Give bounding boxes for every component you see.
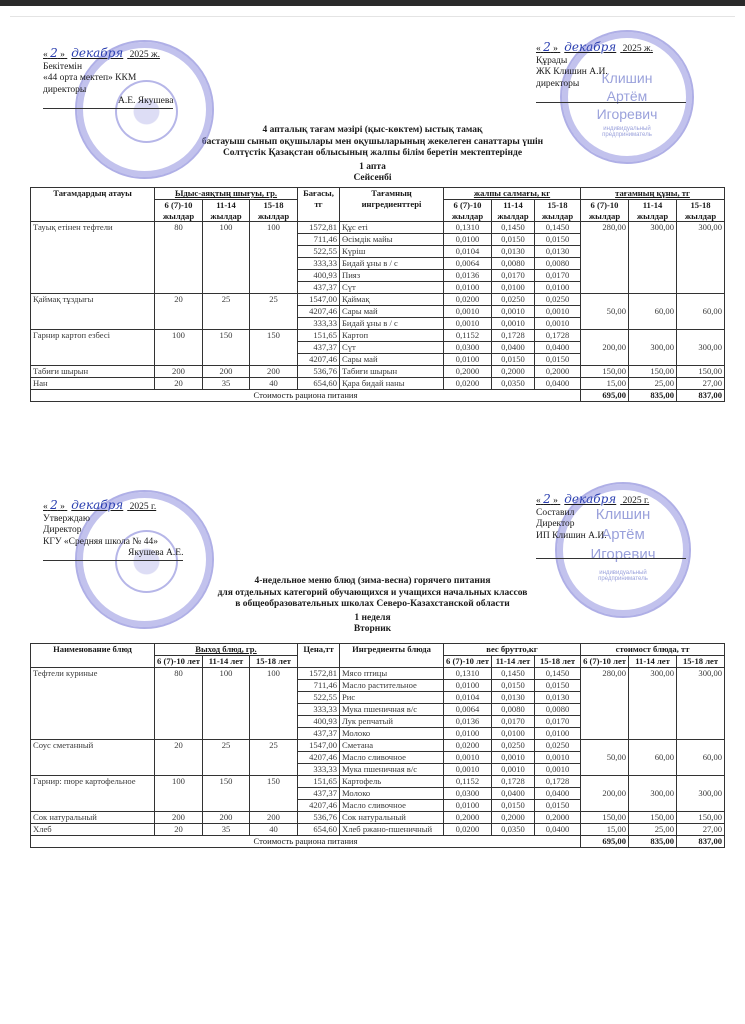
- dish-yield: 200: [155, 366, 203, 378]
- scan-top-border: [0, 0, 745, 6]
- dish-yield: 150: [250, 776, 298, 812]
- ingredient-weight: 0,0170: [492, 270, 535, 282]
- ingredient-price: 654,60: [298, 378, 340, 390]
- col-price: Цена,тт: [298, 644, 340, 668]
- dish-cost: 150,00: [629, 366, 677, 378]
- date-month: декабря: [564, 40, 616, 54]
- ingredient-name: Мука пшеничная в/с: [340, 704, 444, 716]
- ingredient-price: 437,37: [298, 342, 340, 354]
- dish-name: Тефтели куриные: [31, 668, 155, 740]
- table-row: Хлеб203540654,60Хлеб ржано-пшеничный0,02…: [31, 824, 725, 836]
- ingredient-name: Өсімдік майы: [340, 234, 444, 246]
- dish-cost: 300,00: [677, 668, 725, 740]
- day-label: Сейсенбі: [0, 173, 745, 185]
- compiled-block-kz: « 2 » декабря 2025 ж. Құрады ЖК Клишин А…: [536, 42, 686, 103]
- ingredient-weight: 0,0150: [535, 234, 581, 246]
- ingredient-weight: 0,0010: [444, 752, 492, 764]
- ingredient-weight: 0,0200: [444, 294, 492, 306]
- ingredient-weight: 0,0100: [444, 354, 492, 366]
- col-age: 11-14 жылдар: [203, 200, 250, 222]
- compiled-block-ru: « 2 » декабря 2025 г. Составил Директор …: [536, 494, 686, 559]
- ingredient-weight: 0,0010: [535, 752, 581, 764]
- ingredient-name: Сметана: [340, 740, 444, 752]
- ingredient-price: 333,33: [298, 704, 340, 716]
- dish-yield: 35: [203, 378, 250, 390]
- ingredient-name: Масло растительное: [340, 680, 444, 692]
- stamp-text: Игоревич: [562, 106, 692, 122]
- ingredient-price: 333,33: [298, 258, 340, 270]
- signature-line: А.Е. Якушева: [43, 96, 173, 109]
- dish-cost: 300,00: [629, 330, 677, 366]
- total-row: Стоимость рациона питания695,00835,00837…: [31, 390, 725, 402]
- ingredient-weight: 0,1728: [492, 776, 535, 788]
- dish-name: Сок натуральный: [31, 812, 155, 824]
- page-edge: [10, 16, 735, 17]
- ingredient-weight: 0,0400: [535, 342, 581, 354]
- ingredient-name: Сүт: [340, 282, 444, 294]
- ingredient-name: Масло сливочное: [340, 800, 444, 812]
- ingredient-weight: 0,0150: [492, 800, 535, 812]
- ingredient-name: Сок натуральный: [340, 812, 444, 824]
- total-cost: 835,00: [629, 390, 677, 402]
- col-age: 15-18 лет: [250, 656, 298, 668]
- ingredient-weight: 0,1728: [535, 330, 581, 342]
- signature-line: [536, 558, 686, 559]
- total-row: Стоимость рациона питания695,00835,00837…: [31, 836, 725, 848]
- compiled-date: « 2 » декабря 2025 г.: [536, 494, 686, 508]
- dish-yield: 100: [250, 668, 298, 740]
- col-age: 6 (7)-10 лет: [444, 656, 492, 668]
- ingredient-weight: 0,0104: [444, 692, 492, 704]
- ingredient-weight: 0,0250: [535, 294, 581, 306]
- ingredient-weight: 0,2000: [492, 812, 535, 824]
- total-label: Стоимость рациона питания: [31, 390, 581, 402]
- dish-cost: 150,00: [677, 812, 725, 824]
- ingredient-price: 437,37: [298, 282, 340, 294]
- col-age: 6 (7)-10 жылдар: [444, 200, 492, 222]
- dish-cost: 50,00: [581, 740, 629, 776]
- table-row: Қаймақ тұздығы2025251547,00Қаймақ0,02000…: [31, 294, 725, 306]
- ingredient-price: 333,33: [298, 764, 340, 776]
- ingredient-weight: 0,0400: [535, 824, 581, 836]
- dish-cost: 300,00: [629, 222, 677, 294]
- col-age: 6 (7)-10 жылдар: [581, 200, 629, 222]
- ingredient-price: 1547,00: [298, 294, 340, 306]
- dish-cost: 60,00: [629, 740, 677, 776]
- ingredient-price: 711,46: [298, 234, 340, 246]
- ingredient-weight: 0,1728: [535, 776, 581, 788]
- ingredient-name: Табиғи шырын: [340, 366, 444, 378]
- ingredient-name: Молоко: [340, 788, 444, 800]
- dish-yield: 80: [155, 668, 203, 740]
- dish-name: Хлеб: [31, 824, 155, 836]
- col-age: 11-14 лет: [203, 656, 250, 668]
- ingredient-weight: 0,0250: [535, 740, 581, 752]
- date-year: 2025 ж.: [130, 50, 160, 60]
- ingredient-weight: 0,0100: [444, 800, 492, 812]
- col-age: 11-14 лет: [492, 656, 535, 668]
- ingredient-price: 1547,00: [298, 740, 340, 752]
- ingredient-weight: 0,0300: [444, 788, 492, 800]
- col-dish: Тағамдардың атауы: [31, 188, 155, 222]
- dish-cost: 200,00: [581, 776, 629, 812]
- ingredient-price: 4207,46: [298, 752, 340, 764]
- ingredient-weight: 0,0100: [492, 282, 535, 294]
- quote-close: »: [60, 50, 65, 60]
- ingredient-weight: 0,1310: [444, 668, 492, 680]
- ingredient-weight: 0,0130: [535, 246, 581, 258]
- dish-cost: 25,00: [629, 378, 677, 390]
- signer-name: А.Е. Якушева: [118, 96, 173, 106]
- dish-yield: 100: [203, 222, 250, 294]
- col-yield: Ыдыс-аяқтың шығуы, гр.: [155, 188, 298, 200]
- ingredient-name: Бидай ұны в / с: [340, 318, 444, 330]
- dish-cost: 60,00: [677, 294, 725, 330]
- ingredient-weight: 0,2000: [535, 812, 581, 824]
- col-age: 6 (7)-10 лет: [581, 656, 629, 668]
- dish-cost: 300,00: [677, 222, 725, 294]
- col-age: 11-14 лет: [629, 656, 677, 668]
- ingredient-weight: 0,0170: [492, 716, 535, 728]
- ingredient-weight: 0,0150: [535, 354, 581, 366]
- col-age: 6 (7)-10 лет: [155, 656, 203, 668]
- ingredient-weight: 0,0010: [492, 318, 535, 330]
- ingredient-weight: 0,0130: [492, 246, 535, 258]
- col-age: 15-18 лет: [535, 656, 581, 668]
- ingredient-price: 333,33: [298, 318, 340, 330]
- dish-cost: 300,00: [677, 776, 725, 812]
- ingredient-price: 437,37: [298, 728, 340, 740]
- ingredient-weight: 0,0136: [444, 716, 492, 728]
- ingredient-price: 654,60: [298, 824, 340, 836]
- quote-close: »: [60, 502, 65, 512]
- dish-yield: 25: [250, 740, 298, 776]
- ingredient-weight: 0,0400: [535, 378, 581, 390]
- col-age: 11-14 жылдар: [629, 200, 677, 222]
- dish-yield: 200: [203, 366, 250, 378]
- col-age: 15-18 лет: [677, 656, 725, 668]
- date-month: декабря: [71, 498, 123, 512]
- dish-cost: 15,00: [581, 824, 629, 836]
- approval-line: Директор: [43, 525, 183, 537]
- ingredient-weight: 0,0300: [444, 342, 492, 354]
- ingredient-weight: 0,0064: [444, 258, 492, 270]
- ingredient-name: Рис: [340, 692, 444, 704]
- compiled-line: ИП Клишин А.И.: [536, 531, 686, 543]
- dish-yield: 25: [203, 294, 250, 330]
- ingredient-name: Хлеб ржано-пшеничный: [340, 824, 444, 836]
- col-price: Бағасы, тг: [298, 188, 340, 222]
- dish-cost: 27,00: [677, 378, 725, 390]
- ingredient-weight: 0,0080: [535, 704, 581, 716]
- dish-cost: 150,00: [581, 812, 629, 824]
- quote-open: «: [43, 502, 48, 512]
- ingredient-weight: 0,0170: [535, 716, 581, 728]
- ingredient-name: Мука пшеничная в/с: [340, 764, 444, 776]
- ingredient-name: Қара бидай наны: [340, 378, 444, 390]
- approval-line: Утверждаю: [43, 514, 183, 526]
- dish-yield: 35: [203, 824, 250, 836]
- col-age: 6 (7)-10 жылдар: [155, 200, 203, 222]
- ingredient-weight: 0,0100: [535, 282, 581, 294]
- dish-yield: 100: [250, 222, 298, 294]
- ingredient-weight: 0,0010: [444, 306, 492, 318]
- ingredient-price: 536,76: [298, 812, 340, 824]
- approval-block-kz: « 2 » декабря 2025 ж. Бекітемін «44 орта…: [43, 48, 173, 109]
- col-dish: Наименование блюд: [31, 644, 155, 668]
- table-row: Гарнир: пюре картофельное100150150151,65…: [31, 776, 725, 788]
- quote-open: «: [43, 50, 48, 60]
- ingredient-name: Лук репчатый: [340, 716, 444, 728]
- dish-yield: 20: [155, 740, 203, 776]
- dish-yield: 40: [250, 824, 298, 836]
- table-row: Нан203540654,60Қара бидай наны0,02000,03…: [31, 378, 725, 390]
- total-label: Стоимость рациона питания: [31, 836, 581, 848]
- date-day: 2: [543, 40, 551, 54]
- dish-cost: 150,00: [629, 812, 677, 824]
- col-age: 15-18 жылдар: [677, 200, 725, 222]
- dish-cost: 300,00: [629, 668, 677, 740]
- table-row: Сок натуральный200200200536,76Сок натура…: [31, 812, 725, 824]
- dish-yield: 20: [155, 824, 203, 836]
- dish-yield: 150: [250, 330, 298, 366]
- stamp-text: индивидуальный предприниматель: [557, 570, 689, 582]
- ingredient-price: 1572,81: [298, 222, 340, 234]
- ingredient-weight: 0,0130: [535, 692, 581, 704]
- ingredient-name: Картоп: [340, 330, 444, 342]
- date-day: 2: [50, 46, 58, 60]
- ingredient-weight: 0,0100: [444, 680, 492, 692]
- dish-yield: 25: [250, 294, 298, 330]
- ingredient-weight: 0,2000: [444, 812, 492, 824]
- ingredient-price: 400,93: [298, 270, 340, 282]
- ingredient-weight: 0,0100: [492, 728, 535, 740]
- ingredient-name: Сары май: [340, 354, 444, 366]
- col-yield: Выход блюд, гр.: [155, 644, 298, 656]
- ingredient-name: Мясо птицы: [340, 668, 444, 680]
- date-month: декабря: [71, 46, 123, 60]
- ingredient-name: Картофель: [340, 776, 444, 788]
- ingredient-weight: 0,0200: [444, 378, 492, 390]
- compiled-line: ЖК Клишин А.И.: [536, 67, 686, 79]
- ingredient-weight: 0,0400: [492, 342, 535, 354]
- ingredient-weight: 0,0080: [492, 704, 535, 716]
- quote-open: «: [536, 496, 541, 506]
- dish-yield: 200: [250, 812, 298, 824]
- dish-name: Нан: [31, 378, 155, 390]
- ingredient-weight: 0,0010: [492, 306, 535, 318]
- dish-name: Соус сметанный: [31, 740, 155, 776]
- total-cost: 837,00: [677, 390, 725, 402]
- col-weight: жалпы салмағы, кг: [444, 188, 581, 200]
- ingredient-price: 1572,81: [298, 668, 340, 680]
- ingredient-name: Сары май: [340, 306, 444, 318]
- ingredient-weight: 0,1450: [492, 222, 535, 234]
- ingredient-weight: 0,0010: [444, 318, 492, 330]
- ingredient-weight: 0,0250: [492, 294, 535, 306]
- total-cost: 837,00: [677, 836, 725, 848]
- ingredient-weight: 0,2000: [535, 366, 581, 378]
- signature-line: [536, 102, 686, 103]
- approval-date: « 2 » декабря 2025 г.: [43, 500, 183, 514]
- ingredient-weight: 0,0130: [492, 692, 535, 704]
- compiled-line: директоры: [536, 79, 686, 91]
- compiled-line: Құрады: [536, 56, 686, 68]
- table-row: Соус сметанный2025251547,00Сметана0,0200…: [31, 740, 725, 752]
- ingredient-weight: 0,0200: [444, 740, 492, 752]
- col-cost: тағамның құны, тг: [581, 188, 725, 200]
- ingredient-weight: 0,0350: [492, 378, 535, 390]
- signature-line: Якушева А.Е.: [43, 548, 183, 561]
- ingredient-weight: 0,0064: [444, 704, 492, 716]
- dish-cost: 27,00: [677, 824, 725, 836]
- ingredient-weight: 0,0100: [535, 728, 581, 740]
- signer-name: Якушева А.Е.: [128, 548, 183, 558]
- ingredient-weight: 0,0400: [535, 788, 581, 800]
- dish-cost: 300,00: [629, 776, 677, 812]
- ingredient-price: 536,76: [298, 366, 340, 378]
- compiled-line: Директор: [536, 519, 686, 531]
- ingredient-weight: 0,0080: [492, 258, 535, 270]
- approval-line: Бекітемін: [43, 62, 173, 74]
- table-row: Гарнир картоп езбесі100150150151,65Карто…: [31, 330, 725, 342]
- menu-table-ru: Наименование блюд Выход блюд, гр. Цена,т…: [30, 643, 725, 848]
- ingredient-name: Сүт: [340, 342, 444, 354]
- dish-cost: 150,00: [581, 366, 629, 378]
- ingredient-price: 522,55: [298, 692, 340, 704]
- date-year: 2025 г.: [130, 502, 157, 512]
- dish-cost: 60,00: [677, 740, 725, 776]
- ingredient-name: Бидай ұны в / с: [340, 258, 444, 270]
- ingredient-price: 522,55: [298, 246, 340, 258]
- ingredient-weight: 0,0150: [535, 680, 581, 692]
- ingredient-weight: 0,0350: [492, 824, 535, 836]
- dish-cost: 15,00: [581, 378, 629, 390]
- dish-yield: 100: [155, 776, 203, 812]
- ingredient-weight: 0,1450: [492, 668, 535, 680]
- dish-name: Гарнир картоп езбесі: [31, 330, 155, 366]
- ingredient-weight: 0,0136: [444, 270, 492, 282]
- ingredient-name: Құс еті: [340, 222, 444, 234]
- compiled-line: Составил: [536, 508, 686, 520]
- dish-yield: 200: [250, 366, 298, 378]
- table-row: Тауық етінен тефтели801001001572,81Құс е…: [31, 222, 725, 234]
- ingredient-weight: 0,1728: [492, 330, 535, 342]
- ingredient-price: 4207,46: [298, 306, 340, 318]
- table-row: Тефтели куриные801001001572,81Мясо птицы…: [31, 668, 725, 680]
- dish-yield: 25: [203, 740, 250, 776]
- ingredient-weight: 0,0010: [535, 318, 581, 330]
- dish-cost: 280,00: [581, 222, 629, 294]
- ingredient-weight: 0,0400: [492, 788, 535, 800]
- ingredient-weight: 0,1152: [444, 330, 492, 342]
- col-age: 11-14 жылдар: [492, 200, 535, 222]
- col-weight: вес брутто,кг: [444, 644, 581, 656]
- menu-table-kz: Тағамдардың атауы Ыдыс-аяқтың шығуы, гр.…: [30, 187, 725, 402]
- col-ingredients: Тағамның ингредиенттері: [340, 188, 444, 222]
- ingredient-price: 4207,46: [298, 354, 340, 366]
- ingredient-price: 151,65: [298, 776, 340, 788]
- quote-close: »: [553, 496, 558, 506]
- ingredient-weight: 0,0010: [492, 764, 535, 776]
- ingredient-weight: 0,0150: [492, 354, 535, 366]
- ingredient-weight: 0,2000: [492, 366, 535, 378]
- dish-yield: 150: [203, 330, 250, 366]
- ingredient-name: Масло сливочное: [340, 752, 444, 764]
- table-row: Табиғи шырын200200200536,76Табиғи шырын0…: [31, 366, 725, 378]
- ingredient-weight: 0,2000: [444, 366, 492, 378]
- dish-name: Тауық етінен тефтели: [31, 222, 155, 294]
- ingredient-weight: 0,0010: [535, 306, 581, 318]
- approval-line: КГУ «Средняя школа № 44»: [43, 537, 183, 549]
- approval-line: директоры: [43, 85, 173, 97]
- dish-cost: 280,00: [581, 668, 629, 740]
- dish-cost: 200,00: [581, 330, 629, 366]
- ingredient-name: Күріш: [340, 246, 444, 258]
- dish-yield: 20: [155, 378, 203, 390]
- ingredient-name: Қаймақ: [340, 294, 444, 306]
- ingredient-weight: 0,1310: [444, 222, 492, 234]
- ingredient-weight: 0,0170: [535, 270, 581, 282]
- dish-name: Қаймақ тұздығы: [31, 294, 155, 330]
- compiled-date: « 2 » декабря 2025 ж.: [536, 42, 686, 56]
- ingredient-name: Молоко: [340, 728, 444, 740]
- ingredient-weight: 0,1152: [444, 776, 492, 788]
- dish-cost: 50,00: [581, 294, 629, 330]
- ingredient-weight: 0,0080: [535, 258, 581, 270]
- ingredient-weight: 0,0010: [444, 764, 492, 776]
- ingredient-weight: 0,0010: [492, 752, 535, 764]
- ingredient-price: 151,65: [298, 330, 340, 342]
- col-age: 15-18 жылдар: [250, 200, 298, 222]
- ingredient-weight: 0,0100: [444, 282, 492, 294]
- ingredient-price: 400,93: [298, 716, 340, 728]
- date-day: 2: [543, 492, 551, 506]
- ingredient-weight: 0,0010: [535, 764, 581, 776]
- dish-cost: 300,00: [677, 330, 725, 366]
- ingredient-weight: 0,0150: [492, 234, 535, 246]
- ingredient-weight: 0,0100: [444, 234, 492, 246]
- dish-cost: 60,00: [629, 294, 677, 330]
- dish-name: Табиғи шырын: [31, 366, 155, 378]
- date-year: 2025 ж.: [623, 44, 653, 54]
- dish-yield: 200: [203, 812, 250, 824]
- col-ingredients: Ингредиенты блюда: [340, 644, 444, 668]
- ingredient-weight: 0,0104: [444, 246, 492, 258]
- ingredient-price: 711,46: [298, 680, 340, 692]
- ingredient-weight: 0,1450: [535, 668, 581, 680]
- ingredient-price: 437,37: [298, 788, 340, 800]
- ingredient-weight: 0,0150: [492, 680, 535, 692]
- ingredient-weight: 0,0250: [492, 740, 535, 752]
- dish-yield: 80: [155, 222, 203, 294]
- stamp-text: индивидуальный предприниматель: [562, 126, 692, 138]
- dish-yield: 40: [250, 378, 298, 390]
- approval-block-ru: « 2 » декабря 2025 г. Утверждаю Директор…: [43, 500, 183, 561]
- approval-date: « 2 » декабря 2025 ж.: [43, 48, 173, 62]
- col-cost: стоимост блюда, тт: [581, 644, 725, 656]
- date-day: 2: [50, 498, 58, 512]
- date-year: 2025 г.: [623, 496, 650, 506]
- dish-yield: 20: [155, 294, 203, 330]
- total-cost: 695,00: [581, 390, 629, 402]
- total-cost: 695,00: [581, 836, 629, 848]
- dish-cost: 25,00: [629, 824, 677, 836]
- ingredient-price: 4207,46: [298, 800, 340, 812]
- quote-close: »: [553, 44, 558, 54]
- col-age: 15-18 жылдар: [535, 200, 581, 222]
- dish-cost: 150,00: [677, 366, 725, 378]
